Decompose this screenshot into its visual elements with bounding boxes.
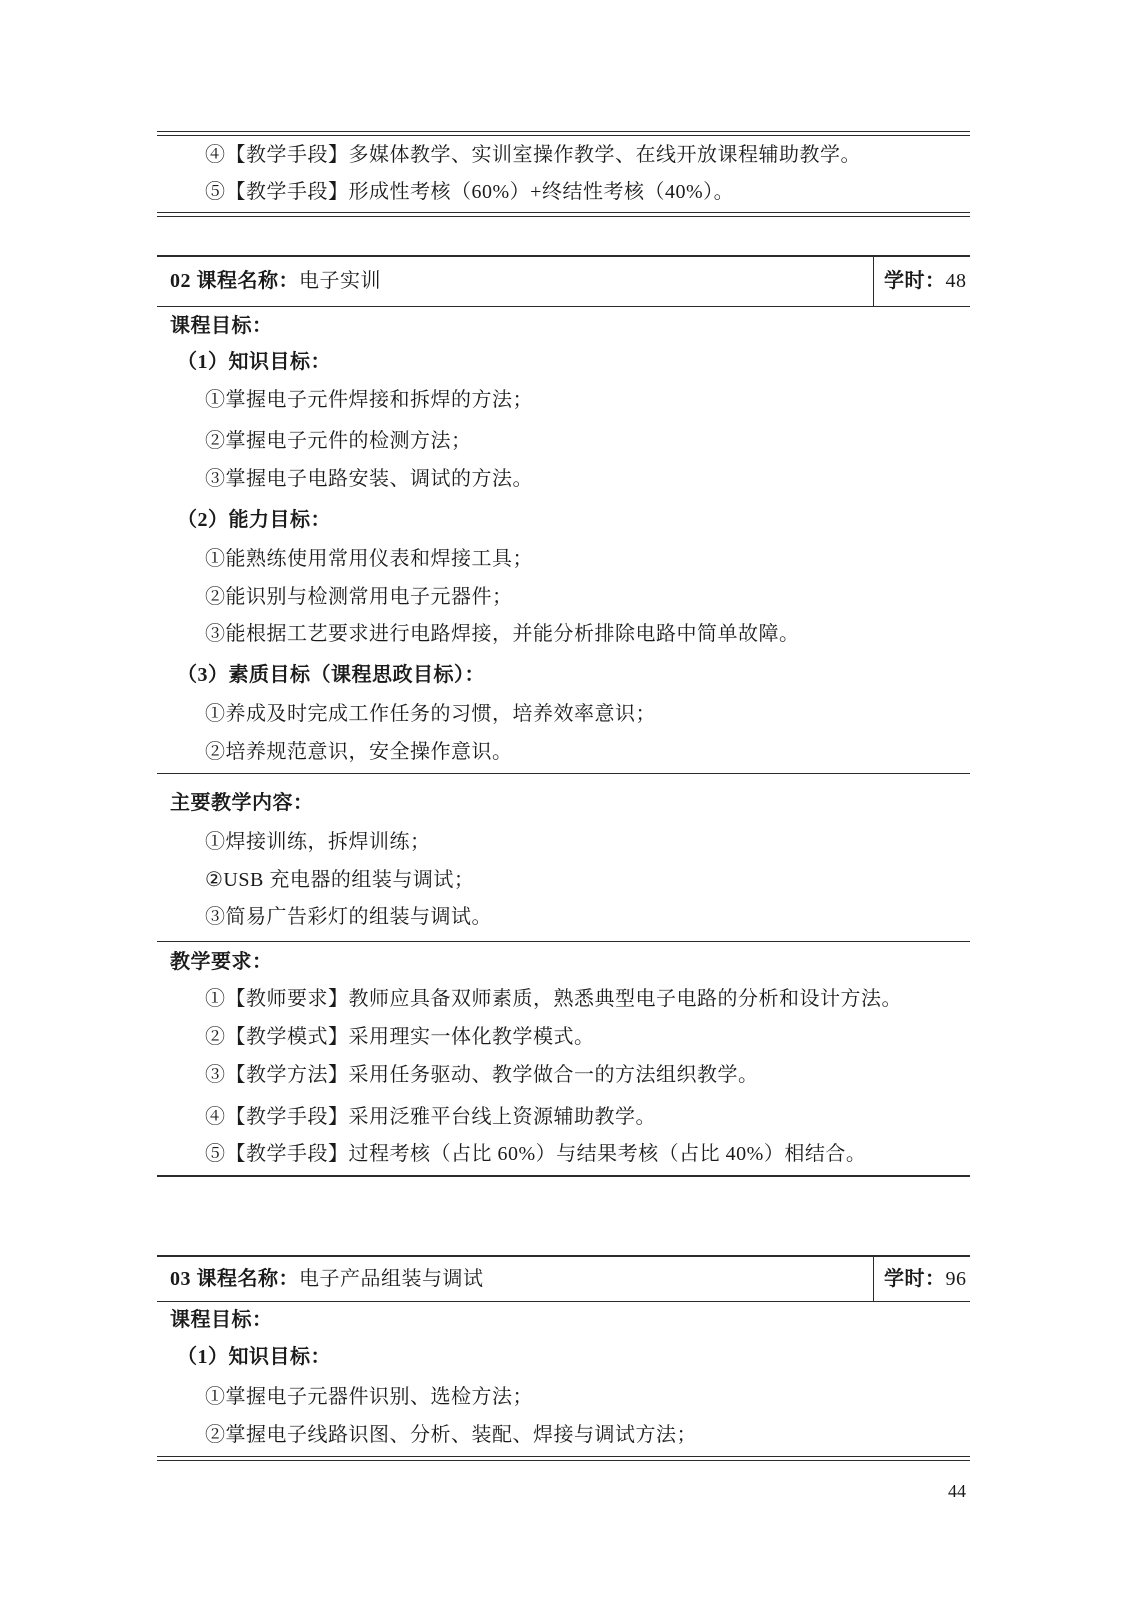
knowledge-item: ③掌握电子电路安装、调试的方法。 <box>205 466 533 492</box>
course-02-number-label: 02 课程名称： <box>170 270 299 292</box>
knowledge-item: ①掌握电子元器件识别、选检方法； <box>205 1384 533 1410</box>
table-bottom-border <box>157 212 970 217</box>
knowledge-heading: （1）知识目标： <box>177 1344 331 1370</box>
page-break-border-top <box>157 131 970 136</box>
content-title: 主要教学内容： <box>170 790 314 816</box>
quality-heading: （3）素质目标（课程思政目标）： <box>177 662 485 688</box>
requirement-item: ⑤【教学手段】过程考核（占比 60%）与结果考核（占比 40%）相结合。 <box>205 1141 866 1167</box>
requirement-item: ③【教学方法】采用任务驱动、教学做合一的方法组织教学。 <box>205 1062 759 1088</box>
content-item: ③简易广告彩灯的组装与调试。 <box>205 904 492 930</box>
course-03-number-label: 03 课程名称： <box>170 1268 299 1290</box>
course-03-name: 电子产品组装与调试 <box>299 1268 484 1290</box>
page-number: 44 <box>948 1478 966 1504</box>
requirement-item: ①【教师要求】教师应具备双师素质，熟悉典型电子电路的分析和设计方法。 <box>205 986 902 1012</box>
hours-label: 学时： <box>884 1268 946 1290</box>
content-item: ①焊接训练，拆焊训练； <box>205 829 431 855</box>
content-item: ②USB 充电器的组装与调试； <box>205 867 474 893</box>
table-top-border <box>157 1255 970 1257</box>
table-top-border <box>157 255 970 257</box>
ability-heading: （2）能力目标： <box>177 507 331 533</box>
teaching-method-item: ⑤【教学手段】形成性考核（60%）+终结性考核（40%）。 <box>205 179 734 205</box>
course-02-name: 电子实训 <box>299 270 381 292</box>
course-03-header-title: 03 课程名称：电子产品组装与调试 <box>170 1266 484 1292</box>
requirements-title: 教学要求： <box>170 949 273 975</box>
knowledge-item: ②掌握电子元件的检测方法； <box>205 428 472 454</box>
teaching-method-item: ④【教学手段】多媒体教学、实训室操作教学、在线开放课程辅助教学。 <box>205 142 861 168</box>
document-page: ④【教学手段】多媒体教学、实训室操作教学、在线开放课程辅助教学。 ⑤【教学手段】… <box>0 0 1131 1600</box>
row-border <box>157 773 970 774</box>
header-column-divider <box>873 257 874 306</box>
objectives-title: 课程目标： <box>170 1307 273 1333</box>
table-bottom-border <box>157 1175 970 1177</box>
knowledge-item: ①掌握电子元件焊接和拆焊的方法； <box>205 387 533 413</box>
requirement-item: ④【教学手段】采用泛雅平台线上资源辅助教学。 <box>205 1104 656 1130</box>
objectives-title: 课程目标： <box>170 313 273 339</box>
hours-label: 学时： <box>884 270 946 292</box>
knowledge-heading: （1）知识目标： <box>177 349 331 375</box>
header-column-divider <box>873 1257 874 1301</box>
page-break-border-bottom <box>157 1456 970 1461</box>
course-03-hours: 学时：96 <box>884 1266 967 1292</box>
knowledge-item: ②掌握电子线路识图、分析、装配、焊接与调试方法； <box>205 1422 697 1448</box>
row-border <box>157 941 970 942</box>
header-row-border <box>157 306 970 307</box>
header-row-border <box>157 1301 970 1302</box>
hours-value: 48 <box>946 270 967 292</box>
course-02-hours: 学时：48 <box>884 268 967 294</box>
ability-item: ③能根据工艺要求进行电路焊接，并能分析排除电路中简单故障。 <box>205 621 800 647</box>
quality-item: ②培养规范意识，安全操作意识。 <box>205 739 513 765</box>
ability-item: ②能识别与检测常用电子元器件； <box>205 584 513 610</box>
ability-item: ①能熟练使用常用仪表和焊接工具； <box>205 546 533 572</box>
quality-item: ①养成及时完成工作任务的习惯，培养效率意识； <box>205 701 656 727</box>
requirement-item: ②【教学模式】采用理实一体化教学模式。 <box>205 1024 595 1050</box>
hours-value: 96 <box>946 1268 967 1290</box>
course-02-header-title: 02 课程名称：电子实训 <box>170 268 381 294</box>
